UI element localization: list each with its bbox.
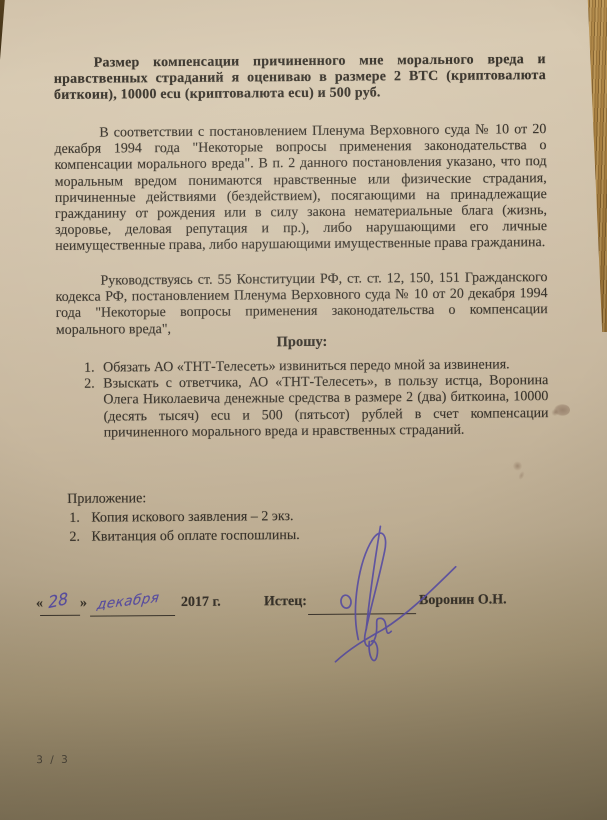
handwritten-month: декабря bbox=[96, 590, 160, 613]
document-page: Размер компенсации причиненного мне мора… bbox=[0, 0, 607, 820]
request-list: 1. Обязать АО «ТНТ-Телесеть» извиниться … bbox=[56, 357, 549, 442]
guided-by-paragraph: Руководствуясь ст. 55 Конституции РФ, ст… bbox=[55, 270, 547, 339]
handwritten-day: 28 bbox=[48, 589, 69, 613]
attachment-item-text: Квитанция об оплате госпошлины. bbox=[91, 528, 299, 545]
request-item-number: 1. bbox=[84, 361, 95, 377]
day-underline bbox=[40, 615, 80, 616]
date-open-quote: « bbox=[36, 596, 43, 612]
ink-signature bbox=[324, 521, 465, 670]
compensation-title-paragraph: Размер компенсации причиненного мне мора… bbox=[54, 52, 546, 104]
request-item-number: 2. bbox=[84, 377, 95, 393]
page-number: 3 / 3 bbox=[36, 754, 70, 766]
photographed-document: Размер компенсации причиненного мне мора… bbox=[0, 0, 607, 820]
legal-basis-paragraph: В соответствии с постановлением Пленума … bbox=[54, 122, 547, 255]
attachment-item-number: 1. bbox=[69, 509, 80, 528]
month-underline bbox=[90, 615, 175, 617]
request-item-text: Взыскать с ответчика, АО «ТНТ-Телесеть»,… bbox=[103, 373, 548, 440]
date-and-signature-row: « 28 » декабря 2017 г. Истец: Воронин О.… bbox=[3, 590, 607, 685]
plaintiff-label: Истец: bbox=[264, 594, 307, 610]
attachment-item-number: 2. bbox=[69, 528, 80, 547]
date-year: 2017 г. bbox=[181, 595, 221, 611]
request-item-text: Обязать АО «ТНТ-Телесеть» извиниться пер… bbox=[103, 357, 510, 375]
request-item: 2. Взыскать с ответчика, АО «ТНТ-Телесет… bbox=[56, 373, 548, 442]
request-heading: Прошу: bbox=[56, 332, 548, 352]
date-close-quote: » bbox=[80, 596, 87, 612]
attachment-item-text: Копия искового заявления – 2 экз. bbox=[91, 509, 293, 526]
